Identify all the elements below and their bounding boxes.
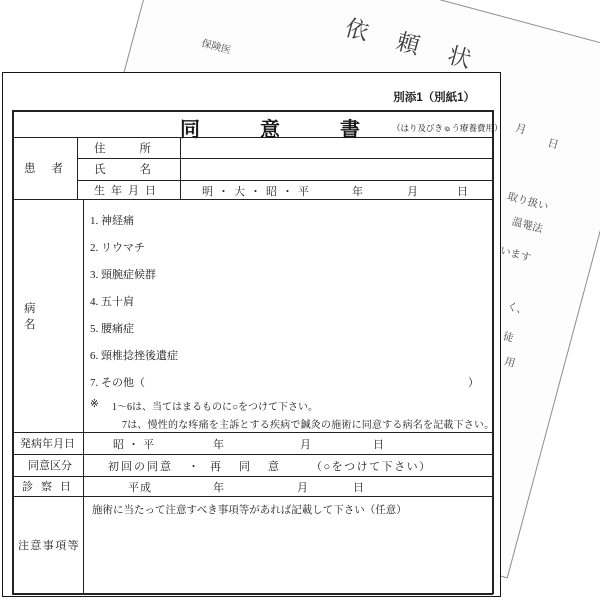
caution-section-label: 注意事項等 bbox=[12, 496, 89, 594]
address-label: 住所 bbox=[77, 137, 197, 158]
disease-item: 4. 五十肩 bbox=[90, 293, 134, 309]
exam-date-label: 診察日 bbox=[12, 476, 93, 496]
disease-note-1: 1～6は、当てはまるものに○をつけて下さい。 bbox=[112, 398, 318, 413]
form-title: 同意書 bbox=[180, 113, 420, 142]
disease-item: 6. 頸椎捻挫後遺症 bbox=[90, 347, 178, 363]
letter-text-fragment: 取り扱い bbox=[506, 189, 550, 214]
form-title-note: （はり及びきゅう療養費用） bbox=[392, 122, 503, 134]
consent-renewal-option: 再同意 bbox=[210, 458, 297, 474]
birthdate-label: 生年月日 bbox=[77, 180, 197, 199]
caution-field-cell: 施術に当たって注意すべき事項等があれば記載して下さい（任意） bbox=[83, 496, 493, 594]
exam-month-label: 月 bbox=[297, 479, 308, 495]
consent-form-sheet: 別添1（別紙1） 同意書 （はり及びきゅう療養費用） 患者 住所 氏名 生年月日… bbox=[2, 72, 501, 597]
disease-other-item: 7. その他（ bbox=[90, 374, 145, 390]
disease-other-close-paren: ） bbox=[468, 374, 479, 390]
letter-text-fragment: います bbox=[498, 243, 532, 266]
consent-form-table: 同意書 （はり及びきゅう療養費用） 患者 住所 氏名 生年月日 明・大・昭・平 … bbox=[12, 110, 493, 594]
birthdate-era-options: 明・大・昭・平 bbox=[202, 183, 314, 199]
consent-option-separator: ・ bbox=[188, 458, 199, 474]
exam-year-label: 年 bbox=[213, 479, 224, 495]
caution-instruction: 施術に当たって注意すべき事項等があれば記載して下さい（任意） bbox=[92, 502, 407, 517]
consent-first-option: 初回の同意 bbox=[108, 458, 173, 474]
name-label: 氏名 bbox=[77, 158, 197, 180]
divider bbox=[12, 110, 493, 112]
exam-era-label: 平成 bbox=[128, 479, 152, 495]
birthdate-value-cell: 明・大・昭・平 年 月 日 bbox=[180, 180, 493, 199]
disease-note-mark: ※ bbox=[90, 398, 99, 410]
consent-type-value-cell: 初回の同意 ・ 再同意 （○をつけて下さい） bbox=[83, 454, 493, 476]
birthdate-day-label: 日 bbox=[457, 183, 468, 199]
disease-note-2: 7は、慢性的な疼痛を主訴とする疾病で鍼灸の施術に同意する病名を記載下さい。 bbox=[122, 416, 494, 431]
onset-era-options: 昭・平 bbox=[113, 436, 158, 452]
letter-month-label: 月 bbox=[514, 119, 529, 137]
disease-item: 2. リウマチ bbox=[90, 239, 145, 255]
letter-text-fragment: 温罨法 bbox=[510, 214, 544, 237]
disease-item: 5. 腰痛症 bbox=[90, 320, 134, 336]
letter-day-label: 日 bbox=[546, 134, 561, 152]
onset-day-label: 日 bbox=[373, 436, 384, 452]
onset-year-label: 年 bbox=[213, 436, 224, 452]
birthdate-year-label: 年 bbox=[352, 183, 363, 199]
letter-text-fragment: 徒 bbox=[501, 328, 515, 345]
onset-date-label: 発病年月日 bbox=[12, 432, 91, 454]
exam-day-label: 日 bbox=[353, 479, 364, 495]
insurer-label-fragment: 保険医 bbox=[200, 34, 233, 56]
onset-month-label: 月 bbox=[300, 436, 311, 452]
letter-text-fragment: 用 bbox=[503, 354, 517, 371]
letter-text-fragment: く、 bbox=[505, 298, 529, 318]
disease-item: 3. 頸腕症候群 bbox=[90, 266, 156, 282]
consent-instruction: （○をつけて下さい） bbox=[311, 458, 432, 474]
exam-date-value-cell: 平成 年 月 日 bbox=[83, 476, 493, 496]
disease-item: 1. 神経痛 bbox=[90, 212, 134, 228]
attachment-note: 別添1（別紙1） bbox=[393, 89, 475, 105]
birthdate-month-label: 月 bbox=[407, 183, 418, 199]
disease-list-cell: 1. 神経痛 2. リウマチ 3. 頸腕症候群 4. 五十肩 5. 腰痛症 6.… bbox=[83, 199, 493, 432]
onset-date-value-cell: 昭・平 年 月 日 bbox=[83, 432, 493, 454]
